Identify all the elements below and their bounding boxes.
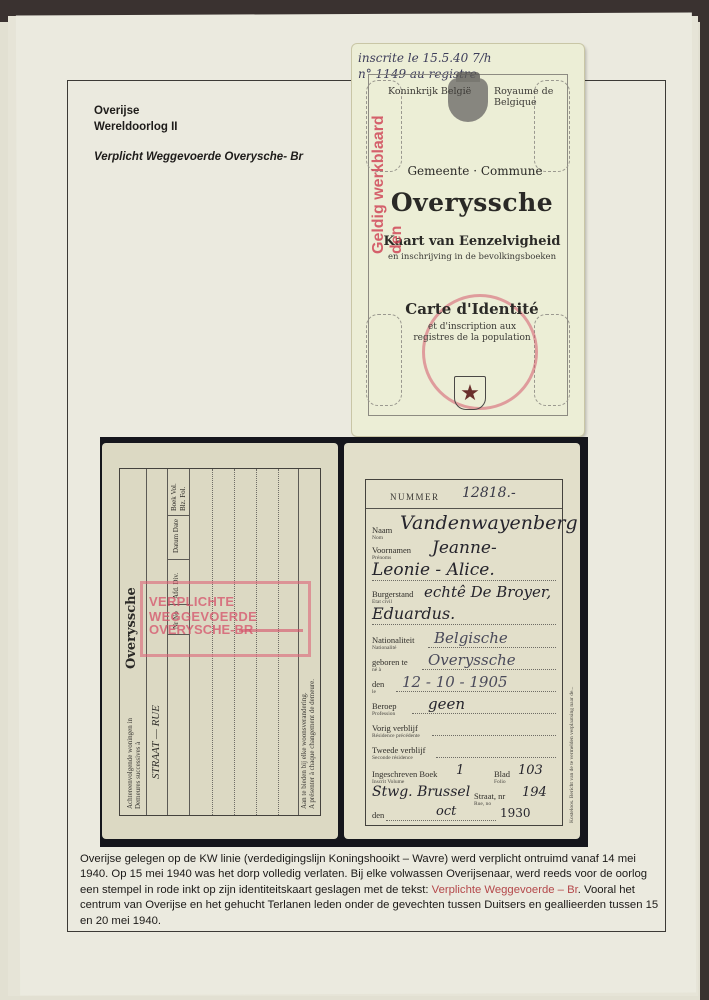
red-vertical-stamp: Geldig werkblaard den bbox=[370, 104, 406, 254]
col-header-datum: Datum Date bbox=[172, 519, 180, 553]
field-label: Straat, nr bbox=[474, 791, 505, 801]
nummer-label: NUMMER bbox=[390, 492, 440, 502]
booklet-town: Overyssche bbox=[124, 587, 139, 669]
card-title-fr: Carte d'Identité bbox=[372, 300, 572, 318]
header-location: Overijse bbox=[94, 103, 303, 119]
card-subtitle-fr-2: registres de la population bbox=[372, 333, 572, 344]
personal-data-table: NUMMER 12818.- NaamNom Vandenwayenberg V… bbox=[365, 479, 563, 826]
field-beroep: BeroepProfession geen bbox=[372, 696, 556, 716]
dotted-line bbox=[372, 624, 556, 625]
footer-nl: Aan te bieden bij elke woonsverandering. bbox=[300, 692, 308, 809]
field-label: Vorig verblijf bbox=[372, 723, 418, 733]
caption-text: Overijse gelegen op de KW linie (verdedi… bbox=[80, 852, 665, 929]
field-value-boek: 1 bbox=[456, 763, 464, 778]
field-den: denle 12 - 10 - 1905 bbox=[372, 674, 556, 694]
field-value-year: 1930 bbox=[500, 806, 531, 820]
field-vorig-verblijf: Vorig verblijfRésidence précédente bbox=[372, 718, 556, 738]
field-label-fr: le bbox=[372, 689, 384, 695]
booklet-right-page: NUMMER 12818.- NaamNom Vandenwayenberg V… bbox=[344, 443, 580, 839]
field-value-naam: Vandenwayenberg bbox=[400, 512, 578, 534]
identity-booklet-open: Boek Vol. Blz. Fol. Datum Date Afd. Div.… bbox=[100, 437, 588, 847]
kingdom-fr: Royaume de Belgique bbox=[494, 86, 574, 108]
street-header: STRAAT — RUE bbox=[150, 705, 162, 779]
stamp-underline bbox=[239, 629, 303, 632]
field-label-fr: Nationalité bbox=[372, 645, 415, 651]
dotted-line bbox=[412, 713, 556, 714]
field-label-fr: Résidence précédente bbox=[372, 733, 420, 739]
field-label: Tweede verblijf bbox=[372, 745, 425, 755]
side-note-text: Kosteloos. Bericht van de te vermelden v… bbox=[569, 686, 575, 823]
field-value-den: oct bbox=[436, 804, 456, 819]
dotted-line bbox=[432, 735, 556, 736]
nummer-value: 12818.- bbox=[462, 485, 516, 501]
field-ingeschreven: Ingeschreven BoekInscrit Volume 1 BladFo… bbox=[372, 764, 556, 784]
red-stamp-text-2: den bbox=[388, 226, 406, 254]
field-label-fr: Profession bbox=[372, 711, 397, 717]
handwritten-line-1: inscrite le 15.5.40 7/h bbox=[358, 50, 492, 66]
coat-of-arms-icon bbox=[448, 78, 488, 122]
field-label: Voornamen bbox=[372, 545, 411, 555]
field-label: geboren te bbox=[372, 657, 408, 667]
dotted-line bbox=[436, 757, 556, 758]
dotted-line bbox=[396, 691, 556, 692]
field-value-voornamen: Jeanne- bbox=[432, 538, 497, 558]
identity-card-front: inscrite le 15.5.40 7/h n° 1149 au regis… bbox=[352, 44, 584, 436]
residences-heading-fr: Demeures successives à bbox=[134, 742, 142, 809]
field-burgerstand: BurgerstandEtat civil echtê De Broyer, bbox=[372, 584, 556, 604]
field-value-nationaliteit: Belgische bbox=[434, 629, 508, 647]
divider bbox=[366, 508, 562, 509]
side-note: Kosteloos. Bericht van de te vermelden v… bbox=[567, 503, 581, 823]
field-label-fr: Folio bbox=[494, 779, 510, 785]
red-stamp-text-1: Geldig werkblaard bbox=[370, 115, 388, 254]
table-divider bbox=[167, 559, 189, 560]
gemeente-label: Gemeente · Commune bbox=[400, 164, 550, 178]
card-subtitle-fr-1: et d'inscription aux bbox=[372, 322, 572, 333]
field-label: den bbox=[372, 679, 384, 689]
field-label: Ingeschreven Boek bbox=[372, 769, 437, 779]
col-header-blz: Blz. Fol. bbox=[179, 487, 187, 511]
field-label-fr: Seconde résidence bbox=[372, 755, 425, 761]
field-value-voornamen-2: Leonie - Alice. bbox=[372, 560, 495, 580]
field-label: Blad bbox=[494, 769, 510, 779]
field-tweede-verblijf: Tweede verblijfSeconde résidence bbox=[372, 740, 556, 760]
col-header-boek: Boek Vol. bbox=[170, 483, 178, 511]
caption-highlight: Verplichte Weggevoerde – Br bbox=[432, 884, 578, 896]
field-value-geboren: Overyssche bbox=[428, 651, 516, 669]
field-value-straat-nr: 194 bbox=[522, 785, 547, 800]
field-geboren: geboren tené à Overyssche bbox=[372, 652, 556, 672]
header-period: Wereldoorlog II bbox=[94, 119, 303, 135]
verplichte-weggevoerde-stamp: VERPLICHTE WEGGEVOERDE OVERYSCHE-BR bbox=[140, 581, 311, 657]
field-value-burgerstand-2: Eduardus. bbox=[372, 604, 455, 623]
field-value-geboortedatum: 12 - 10 - 1905 bbox=[402, 673, 508, 691]
page-header: Overijse Wereldoorlog II Verplicht Wegge… bbox=[94, 103, 303, 165]
field-voornamen-cont: Leonie - Alice. bbox=[372, 562, 556, 582]
dotted-line bbox=[386, 820, 496, 821]
field-nationaliteit: NationaliteitNationalité Belgische bbox=[372, 630, 556, 650]
field-straat: Stwg. Brussel Straat, nrRue, no 194 bbox=[372, 786, 556, 806]
field-voornamen: VoornamenPrénoms Jeanne- bbox=[372, 540, 556, 560]
field-value-beroep: geen bbox=[428, 695, 465, 713]
dotted-line bbox=[422, 669, 556, 670]
field-naam: NaamNom Vandenwayenberg bbox=[372, 514, 556, 538]
field-label: Naam bbox=[372, 525, 392, 535]
table-divider bbox=[167, 515, 189, 516]
header-subtitle: Verplicht Weggevoerde Overysche- Br bbox=[94, 149, 303, 165]
field-registration-date: den oct 1930 bbox=[372, 806, 556, 824]
field-burgerstand-cont: Eduardus. bbox=[372, 606, 556, 626]
dotted-line bbox=[372, 580, 556, 581]
star-shield-icon: ★ bbox=[454, 376, 486, 410]
field-value-blad: 103 bbox=[518, 763, 543, 778]
field-label: Beroep bbox=[372, 701, 397, 711]
field-label: Nationaliteit bbox=[372, 635, 415, 645]
booklet-left-page: Boek Vol. Blz. Fol. Datum Date Afd. Div.… bbox=[102, 443, 338, 839]
dotted-line bbox=[428, 647, 556, 648]
footer-fr: A présenter à chaque changement de demeu… bbox=[308, 679, 316, 809]
field-value-burgerstand: echtê De Broyer, bbox=[424, 583, 551, 601]
field-label: Burgerstand bbox=[372, 589, 413, 599]
stamp-line-1: VERPLICHTE WEGGEVOERDE bbox=[149, 594, 308, 624]
stamp-line-2: OVERYSCHE-BR bbox=[149, 622, 253, 637]
card-subtitle-fr: et d'inscription aux registres de la pop… bbox=[372, 322, 572, 344]
kingdom-nl: Koninkrijk België bbox=[388, 86, 471, 97]
field-label: den bbox=[372, 811, 384, 820]
field-value-street: Stwg. Brussel bbox=[372, 784, 470, 800]
residences-heading-nl: Achtereenvolgende woningen in bbox=[126, 718, 134, 809]
